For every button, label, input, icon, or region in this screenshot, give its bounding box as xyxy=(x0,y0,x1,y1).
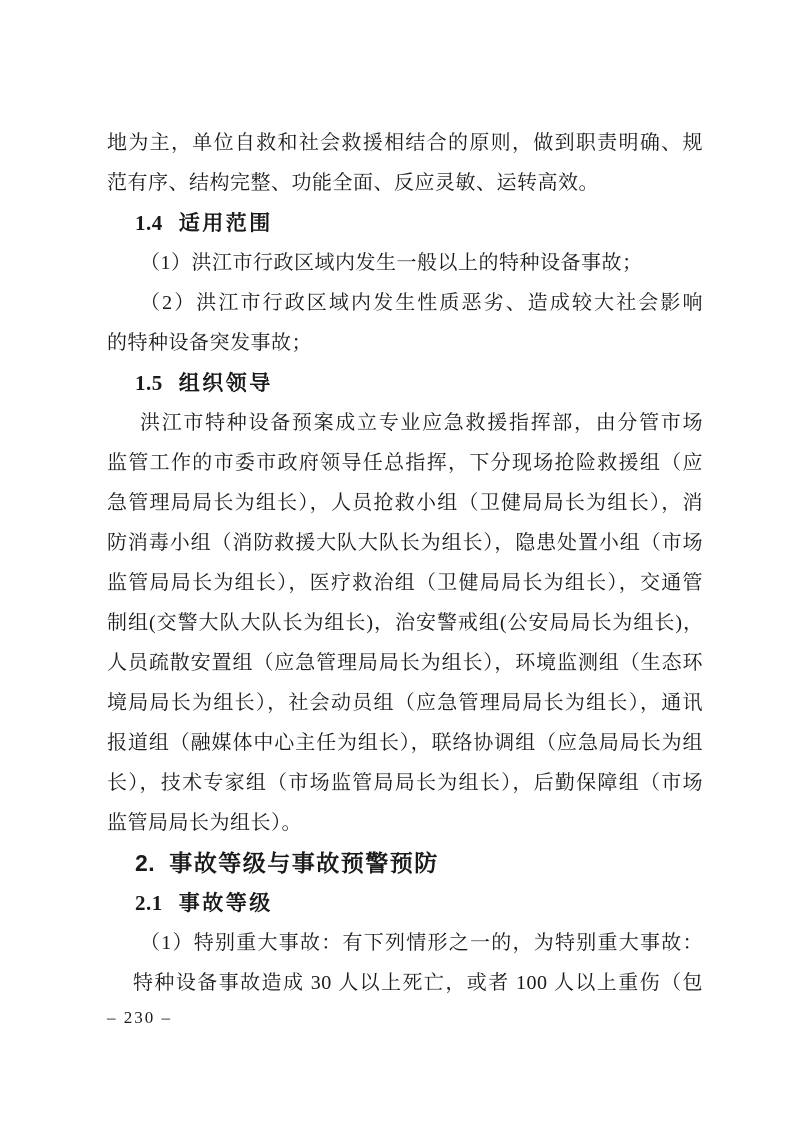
paragraph-line: 报道组（融媒体中心主任为组长），联络协调组（应急局局长为组 xyxy=(107,723,703,763)
paragraph-line: 洪江市特种设备预案成立专业应急救援指挥部，由分管市场 xyxy=(107,403,703,443)
list-item-line: （2）洪江市行政区域内发生性质恶劣、造成较大社会影响 xyxy=(107,283,703,323)
list-item-line: 的特种设备突发事故； xyxy=(107,323,703,363)
paragraph-line: 长），技术专家组（市场监管局局长为组长），后勤保障组（市场 xyxy=(107,763,703,803)
paragraph-line: 监管局局长为组长），医疗救治组（卫健局局长为组长），交通管 xyxy=(107,563,703,603)
document-page: 地为主，单位自救和社会救援相结合的原则，做到职责明确、规 范有序、结构完整、功能… xyxy=(0,0,793,1122)
section-heading-1-5: 1.5组织领导 xyxy=(107,363,703,403)
heading-number: 1.4 xyxy=(135,203,163,243)
body-text-line: 地为主，单位自救和社会救援相结合的原则，做到职责明确、规 xyxy=(107,123,703,163)
paragraph-line: 急管理局局长为组长），人员抢救小组（卫健局局长为组长），消 xyxy=(107,483,703,523)
page-number: – 230 – xyxy=(107,1008,172,1028)
body-text-line: 范有序、结构完整、功能全面、反应灵敏、运转高效。 xyxy=(107,163,703,203)
paragraph-line: 境局局长为组长），社会动员组（应急管理局局长为组长），通讯 xyxy=(107,683,703,723)
chapter-heading-2: 2.事故等级与事故预警预防 xyxy=(107,843,703,883)
paragraph-line: 监管工作的市委市政府领导任总指挥，下分现场抢险救援组（应 xyxy=(107,443,703,483)
paragraph-line: 特种设备事故造成 30 人以上死亡，或者 100 人以上重伤（包 xyxy=(107,963,703,1003)
section-heading-2-1: 2.1事故等级 xyxy=(107,883,703,923)
heading-title: 事故等级 xyxy=(179,891,273,915)
paragraph-line: 监管局局长为组长）。 xyxy=(107,803,703,843)
paragraph-line: 制组(交警大队大队长为组长)，治安警戒组(公安局局长为组长)， xyxy=(107,603,703,643)
section-heading-1-4: 1.4适用范围 xyxy=(107,203,703,243)
heading-number: 2. xyxy=(135,843,155,883)
heading-title: 组织领导 xyxy=(179,371,273,395)
list-item-line: （1）洪江市行政区域内发生一般以上的特种设备事故； xyxy=(107,243,703,283)
content-area: 地为主，单位自救和社会救援相结合的原则，做到职责明确、规 范有序、结构完整、功能… xyxy=(107,123,703,1003)
paragraph-line: 防消毒小组（消防救援大队大队长为组长），隐患处置小组（市场 xyxy=(107,523,703,563)
heading-title: 事故等级与事故预警预防 xyxy=(169,850,439,876)
paragraph-line: （1）特别重大事故：有下列情形之一的，为特别重大事故： xyxy=(107,923,703,963)
heading-number: 2.1 xyxy=(135,883,163,923)
heading-title: 适用范围 xyxy=(179,211,273,235)
heading-number: 1.5 xyxy=(135,363,163,403)
paragraph-line: 人员疏散安置组（应急管理局局长为组长），环境监测组（生态环 xyxy=(107,643,703,683)
